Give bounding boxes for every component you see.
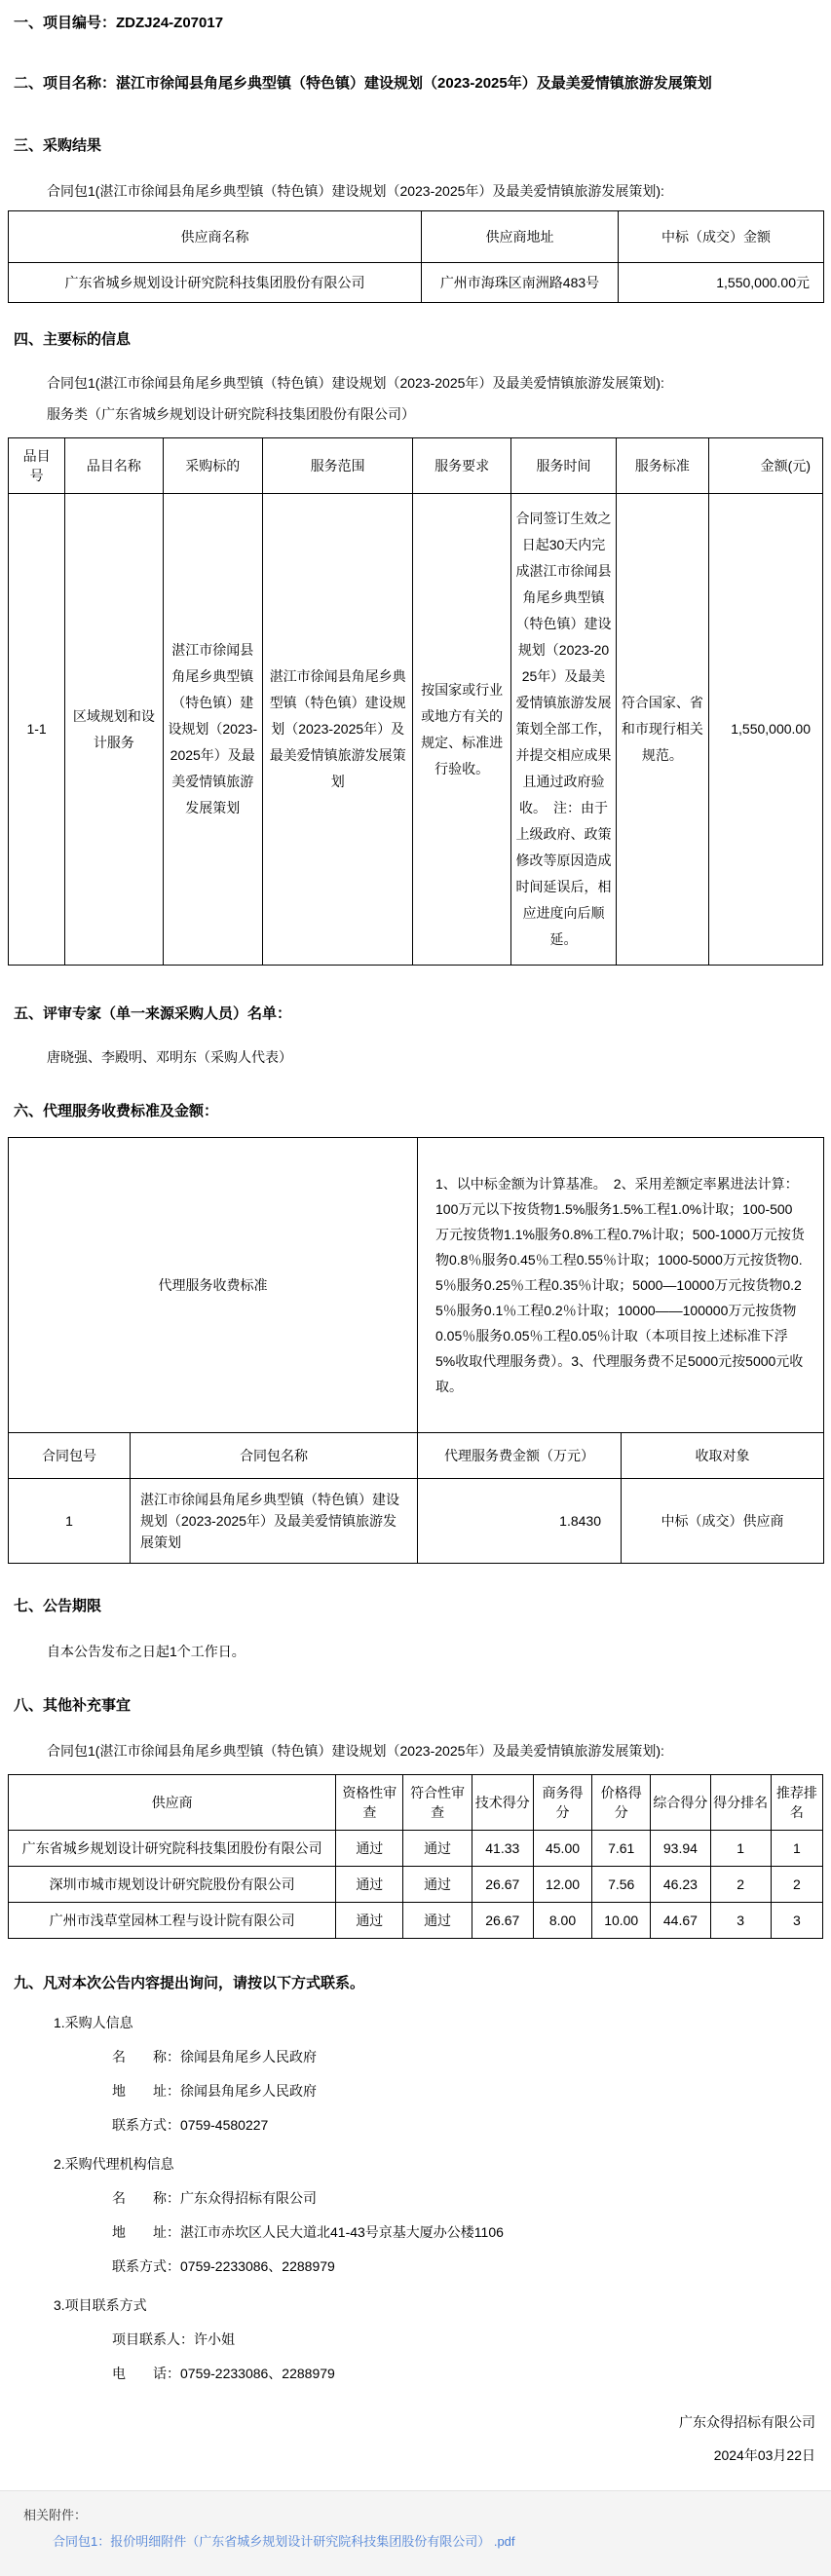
business-score-cell: 12.00: [533, 1867, 591, 1903]
score-rank-cell: 3: [710, 1903, 771, 1939]
price-score-cell: 7.56: [592, 1867, 651, 1903]
section-project-name-heading: 二、项目名称：湛江市徐闻县角尾乡典型镇（特色镇）建设规划（2023-2025年）…: [8, 74, 823, 94]
service-standard-cell: 符合国家、省和市现行相关规范。: [617, 494, 708, 966]
conformity-cell: 通过: [403, 1903, 472, 1939]
agency-info-title: 2.采购代理机构信息: [8, 2154, 823, 2174]
award-amount-cell: 1,550,000.00元: [619, 263, 824, 303]
package-name-cell: 湛江市徐闻县角尾乡典型镇（特色镇）建设规划（2023-2025年）及最美爱情镇旅…: [131, 1479, 418, 1564]
supplier-address-cell: 广州市海珠区南洲路483号: [422, 263, 619, 303]
technical-score-cell: 26.67: [472, 1903, 533, 1939]
section-subject-info-heading: 四、主要标的信息: [8, 330, 823, 350]
recommend-rank-cell: 3: [771, 1903, 822, 1939]
section-project-number-heading: 一、项目编号：ZDZJ24-Z07017: [8, 14, 823, 33]
qualification-cell: 通过: [336, 1867, 403, 1903]
item-name-cell: 区域规划和设计服务: [65, 494, 163, 966]
col-service-scope: 服务范围: [262, 438, 413, 494]
project-contact-title: 3.项目联系方式: [8, 2295, 823, 2315]
col-amount: 金额(元): [708, 438, 822, 494]
col-service-requirement: 服务要求: [413, 438, 510, 494]
section-other-matters-heading: 八、其他补充事宜: [8, 1696, 823, 1716]
col-supplier: 供应商: [9, 1775, 336, 1831]
qualification-cell: 通过: [336, 1831, 403, 1867]
col-procurement-subject: 采购标的: [163, 438, 262, 494]
table-header-row: 供应商名称 供应商地址 中标（成交）金额: [9, 211, 824, 263]
fee-standard-text: 1、以中标金额为计算基准。 2、采用差额定率累进法计算：100万元以下按货物1.…: [418, 1138, 824, 1433]
col-supplier-name: 供应商名称: [9, 211, 422, 263]
section-agency-fee-heading: 六、代理服务收费标准及金额：: [8, 1102, 823, 1121]
announcement-period-text: 自本公告发布之日起1个工作日。: [8, 1642, 823, 1661]
table-header-row: 品目号 品目名称 采购标的 服务范围 服务要求 服务时间 服务标准 金额(元): [9, 438, 823, 494]
col-conformity-review: 符合性审查: [403, 1775, 472, 1831]
col-fee-payer: 收取对象: [622, 1433, 824, 1479]
section-contact-heading: 九、凡对本次公告内容提出询问，请按以下方式联系。: [8, 1974, 823, 1993]
purchaser-info-title: 1.采购人信息: [8, 2013, 823, 2032]
qualification-cell: 通过: [336, 1903, 403, 1939]
col-price-score: 价格得分: [592, 1775, 651, 1831]
col-service-time: 服务时间: [510, 438, 616, 494]
supplier-cell: 广州市浅草堂园林工程与设计院有限公司: [9, 1903, 336, 1939]
procurement-result-table: 供应商名称 供应商地址 中标（成交）金额 广东省城乡规划设计研究院科技集团股份有…: [8, 210, 824, 303]
business-score-cell: 8.00: [533, 1903, 591, 1939]
contract-package-intro-3: 合同包1(湛江市徐闻县角尾乡典型镇（特色镇）建设规划（2023-2025年）及最…: [8, 1741, 823, 1761]
project-contact-person: 项目联系人：许小姐: [8, 2330, 823, 2349]
supplier-row: 广东省城乡规划设计研究院科技集团股份有限公司 通过 通过 41.33 45.00…: [9, 1831, 823, 1867]
amount-cell: 1,550,000.00: [708, 494, 822, 966]
agency-address: 地 址：湛江市赤坎区人民大道北41-43号京基大厦办公楼1106: [8, 2222, 823, 2242]
contract-package-intro-2: 合同包1(湛江市徐闻县角尾乡典型镇（特色镇）建设规划（2023-2025年）及最…: [8, 373, 823, 393]
service-scope-cell: 湛江市徐闻县角尾乡典型镇（特色镇）建设规划（2023-2025年）及最美爱情镇旅…: [262, 494, 413, 966]
business-score-cell: 45.00: [533, 1831, 591, 1867]
col-package-no: 合同包号: [9, 1433, 131, 1479]
table-header-row: 合同包号 合同包名称 代理服务费金额（万元） 收取对象: [9, 1433, 824, 1479]
score-rank-cell: 2: [710, 1867, 771, 1903]
conformity-cell: 通过: [403, 1831, 472, 1867]
agency-fee-table: 代理服务收费标准 1、以中标金额为计算基准。 2、采用差额定率累进法计算：100…: [8, 1137, 824, 1564]
table-header-row: 供应商 资格性审查 符合性审查 技术得分 商务得分 价格得分 综合得分 得分排名…: [9, 1775, 823, 1831]
table-row: 1 湛江市徐闻县角尾乡典型镇（特色镇）建设规划（2023-2025年）及最美爱情…: [9, 1479, 824, 1564]
service-requirement-cell: 按国家或行业或地方有关的规定、标准进行验收。: [413, 494, 510, 966]
total-score-cell: 44.67: [651, 1903, 710, 1939]
signoff-date: 2024年03月22日: [8, 2445, 823, 2465]
table-row: 1-1 区域规划和设计服务 湛江市徐闻县角尾乡典型镇（特色镇）建设规划（2023…: [9, 494, 823, 966]
price-score-cell: 10.00: [592, 1903, 651, 1939]
col-agency-fee-amount: 代理服务费金额（万元）: [418, 1433, 622, 1479]
contract-package-intro-1: 合同包1(湛江市徐闻县角尾乡典型镇（特色镇）建设规划（2023-2025年）及最…: [8, 181, 823, 201]
supplier-cell: 广东省城乡规划设计研究院科技集团股份有限公司: [9, 1831, 336, 1867]
conformity-cell: 通过: [403, 1867, 472, 1903]
table-row: 广东省城乡规划设计研究院科技集团股份有限公司 广州市海珠区南洲路483号 1,5…: [9, 263, 824, 303]
subject-info-table: 品目号 品目名称 采购标的 服务范围 服务要求 服务时间 服务标准 金额(元) …: [8, 437, 823, 966]
announcement-document: 一、项目编号：ZDZJ24-Z07017 二、项目名称：湛江市徐闻县角尾乡典型镇…: [0, 0, 831, 2465]
technical-score-cell: 41.33: [472, 1831, 533, 1867]
signoff-company: 广东众得招标有限公司: [8, 2412, 823, 2432]
project-contact-phone: 电 话：0759-2233086、2288979: [8, 2364, 823, 2383]
col-item-no: 品目号: [9, 438, 65, 494]
supplier-row: 广州市浅草堂园林工程与设计院有限公司 通过 通过 26.67 8.00 10.0…: [9, 1903, 823, 1939]
recommend-rank-cell: 1: [771, 1831, 822, 1867]
attachments-label: 相关附件：: [23, 2507, 821, 2524]
agency-name: 名 称：广东众得招标有限公司: [8, 2188, 823, 2208]
recommend-rank-cell: 2: [771, 1867, 822, 1903]
technical-score-cell: 26.67: [472, 1867, 533, 1903]
agency-fee-amount-cell: 1.8430: [418, 1479, 622, 1564]
agency-contact: 联系方式：0759-2233086、2288979: [8, 2256, 823, 2276]
evaluation-score-table: 供应商 资格性审查 符合性审查 技术得分 商务得分 价格得分 综合得分 得分排名…: [8, 1774, 823, 1939]
total-score-cell: 46.23: [651, 1867, 710, 1903]
purchaser-address: 地 址：徐闻县角尾乡人民政府: [8, 2081, 823, 2101]
col-award-amount: 中标（成交）金额: [619, 211, 824, 263]
col-business-score: 商务得分: [533, 1775, 591, 1831]
col-supplier-address: 供应商地址: [422, 211, 619, 263]
col-total-score: 综合得分: [651, 1775, 710, 1831]
section-procurement-result-heading: 三、采购结果: [8, 136, 823, 156]
attachments-footer: 相关附件： 合同包1：报价明细附件（广东省城乡规划设计研究院科技集团股份有限公司…: [0, 2490, 831, 2576]
col-recommend-rank: 推荐排名: [771, 1775, 822, 1831]
col-technical-score: 技术得分: [472, 1775, 533, 1831]
col-qualification-review: 资格性审查: [336, 1775, 403, 1831]
fee-standard-row: 代理服务收费标准 1、以中标金额为计算基准。 2、采用差额定率累进法计算：100…: [9, 1138, 824, 1433]
purchaser-contact: 联系方式：0759-4580227: [8, 2115, 823, 2135]
service-class-line: 服务类（广东省城乡规划设计研究院科技集团股份有限公司）: [8, 404, 823, 424]
score-rank-cell: 1: [710, 1831, 771, 1867]
section-announcement-period-heading: 七、公告期限: [8, 1597, 823, 1616]
col-item-name: 品目名称: [65, 438, 163, 494]
purchaser-name: 名 称：徐闻县角尾乡人民政府: [8, 2047, 823, 2066]
supplier-name-cell: 广东省城乡规划设计研究院科技集团股份有限公司: [9, 263, 422, 303]
service-time-cell: 合同签订生效之日起30天内完成湛江市徐闻县角尾乡典型镇（特色镇）建设规划（202…: [510, 494, 616, 966]
attachment-pdf-link[interactable]: 合同包1：报价明细附件（广东省城乡规划设计研究院科技集团股份有限公司） .pdf: [53, 2533, 515, 2551]
procurement-subject-cell: 湛江市徐闻县角尾乡典型镇（特色镇）建设规划（2023-2025年）及最美爱情镇旅…: [163, 494, 262, 966]
supplier-cell: 深圳市城市规划设计研究院股份有限公司: [9, 1867, 336, 1903]
col-service-standard: 服务标准: [617, 438, 708, 494]
item-no-cell: 1-1: [9, 494, 65, 966]
fee-payer-cell: 中标（成交）供应商: [622, 1479, 824, 1564]
section-experts-heading: 五、评审专家（单一来源采购人员）名单：: [8, 1004, 823, 1024]
col-package-name: 合同包名称: [131, 1433, 418, 1479]
fee-standard-label: 代理服务收费标准: [9, 1138, 418, 1433]
supplier-row: 深圳市城市规划设计研究院股份有限公司 通过 通过 26.67 12.00 7.5…: [9, 1867, 823, 1903]
package-no-cell: 1: [9, 1479, 131, 1564]
price-score-cell: 7.61: [592, 1831, 651, 1867]
col-score-rank: 得分排名: [710, 1775, 771, 1831]
experts-list: 唐晓强、李殿明、邓明东（采购人代表）: [8, 1047, 823, 1067]
total-score-cell: 93.94: [651, 1831, 710, 1867]
